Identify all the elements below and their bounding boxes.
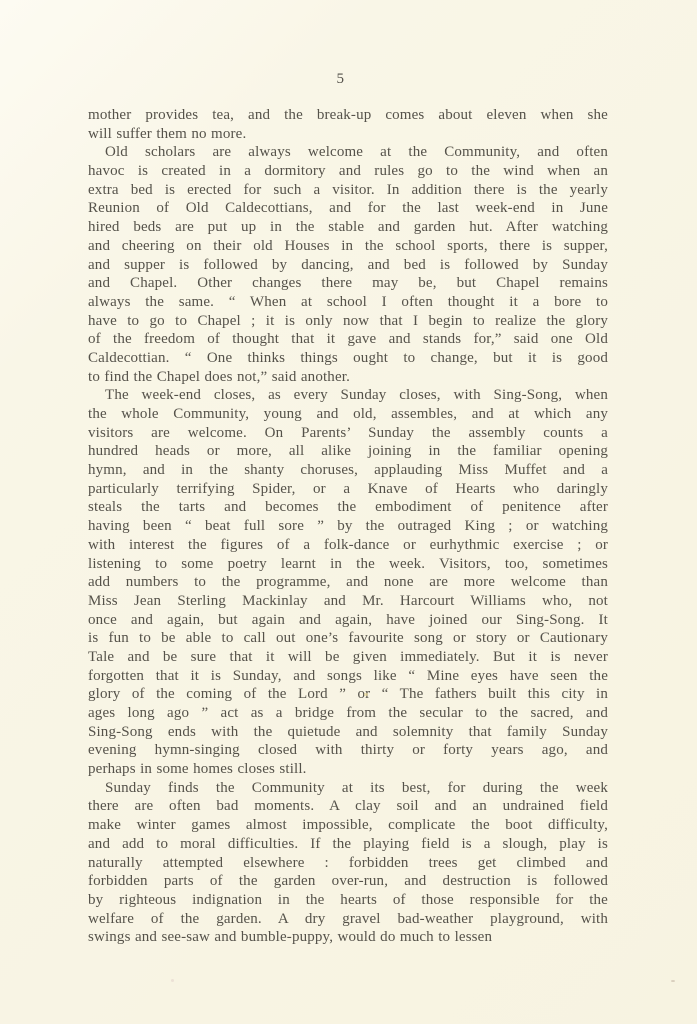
page-text: mother provides tea, and the break-up co… (88, 106, 608, 947)
text-line: is fun to be able to call out one’s favo… (88, 629, 608, 648)
text-line: glory of the coming of the Lord ” or “ T… (88, 685, 608, 704)
page-number: 5 (88, 71, 593, 88)
text-line: Reunion of Old Caldecottians, and for th… (88, 199, 608, 218)
text-line: evening hymn-singing closed with thirty … (88, 741, 608, 760)
scan-speck (671, 980, 675, 982)
text-line: add numbers to the programme, and none a… (88, 573, 608, 592)
text-line: Tale and be sure that it will be given i… (88, 648, 608, 667)
text-line: by righteous indignation in the hearts o… (88, 891, 608, 910)
text-line: Sing-Song ends with the quietude and sol… (88, 723, 608, 742)
text-line: forgotten that it is Sunday, and songs l… (88, 667, 608, 686)
text-line: mother provides tea, and the break-up co… (88, 106, 608, 125)
text-line: there are often bad moments. A clay soil… (88, 797, 608, 816)
text-line: and supper is followed by dancing, and b… (88, 256, 608, 275)
text-line: steals the tarts and becomes the embodim… (88, 498, 608, 517)
book-page: 5 mother provides tea, and the break-up … (0, 0, 697, 1024)
text-line: forbidden parts of the garden over-run, … (88, 872, 608, 891)
text-line: naturally attempted elsewhere : forbidde… (88, 854, 608, 873)
text-line: make winter games almost impossible, com… (88, 816, 608, 835)
text-line: have to go to Chapel ; it is only now th… (88, 312, 608, 331)
text-line: once and again, but again and again, hav… (88, 611, 608, 630)
text-line: and Chapel. Other changes there may be, … (88, 274, 608, 293)
text-line: the whole Community, young and old, asse… (88, 405, 608, 424)
text-line: visitors are welcome. On Parents’ Sunday… (88, 424, 608, 443)
text-line: hundred heads or more, all alike joining… (88, 442, 608, 461)
text-line: welfare of the garden. A dry gravel bad-… (88, 910, 608, 929)
text-line: Caldecottian. “ One thinks things ought … (88, 349, 608, 368)
text-line: Sunday finds the Community at its best, … (88, 779, 608, 798)
text-line: hired beds are put up in the stable and … (88, 218, 608, 237)
text-line: and cheering on their old Houses in the … (88, 237, 608, 256)
text-line: having been “ beat full sore ” by the ou… (88, 517, 608, 536)
scan-speck (364, 693, 368, 696)
text-line: listening to some poetry learnt in the w… (88, 555, 608, 574)
text-line: will suffer them no more. (88, 125, 608, 144)
text-line: always the same. “ When at school I ofte… (88, 293, 608, 312)
text-line: Miss Jean Sterling Mackinlay and Mr. Har… (88, 592, 608, 611)
text-line: ages long ago ” act as a bridge from the… (88, 704, 608, 723)
text-line: to find the Chapel does not,” said anoth… (88, 368, 608, 387)
scan-speck (171, 979, 174, 982)
text-line: Old scholars are always welcome at the C… (88, 143, 608, 162)
text-line: with interest the figures of a folk-danc… (88, 536, 608, 555)
text-line: swings and see-saw and bumble-puppy, wou… (88, 928, 608, 947)
text-line: particularly terrifying Spider, or a Kna… (88, 480, 608, 499)
text-line: havoc is created in a dormitory and rule… (88, 162, 608, 181)
text-line: hymn, and in the shanty choruses, applau… (88, 461, 608, 480)
text-line: and add to moral difficulties. If the pl… (88, 835, 608, 854)
text-line: extra bed is erected for such a visitor.… (88, 181, 608, 200)
text-line: The week-end closes, as every Sunday clo… (88, 386, 608, 405)
text-line: of the freedom of thought that it gave a… (88, 330, 608, 349)
text-line: perhaps in some homes closes still. (88, 760, 608, 779)
